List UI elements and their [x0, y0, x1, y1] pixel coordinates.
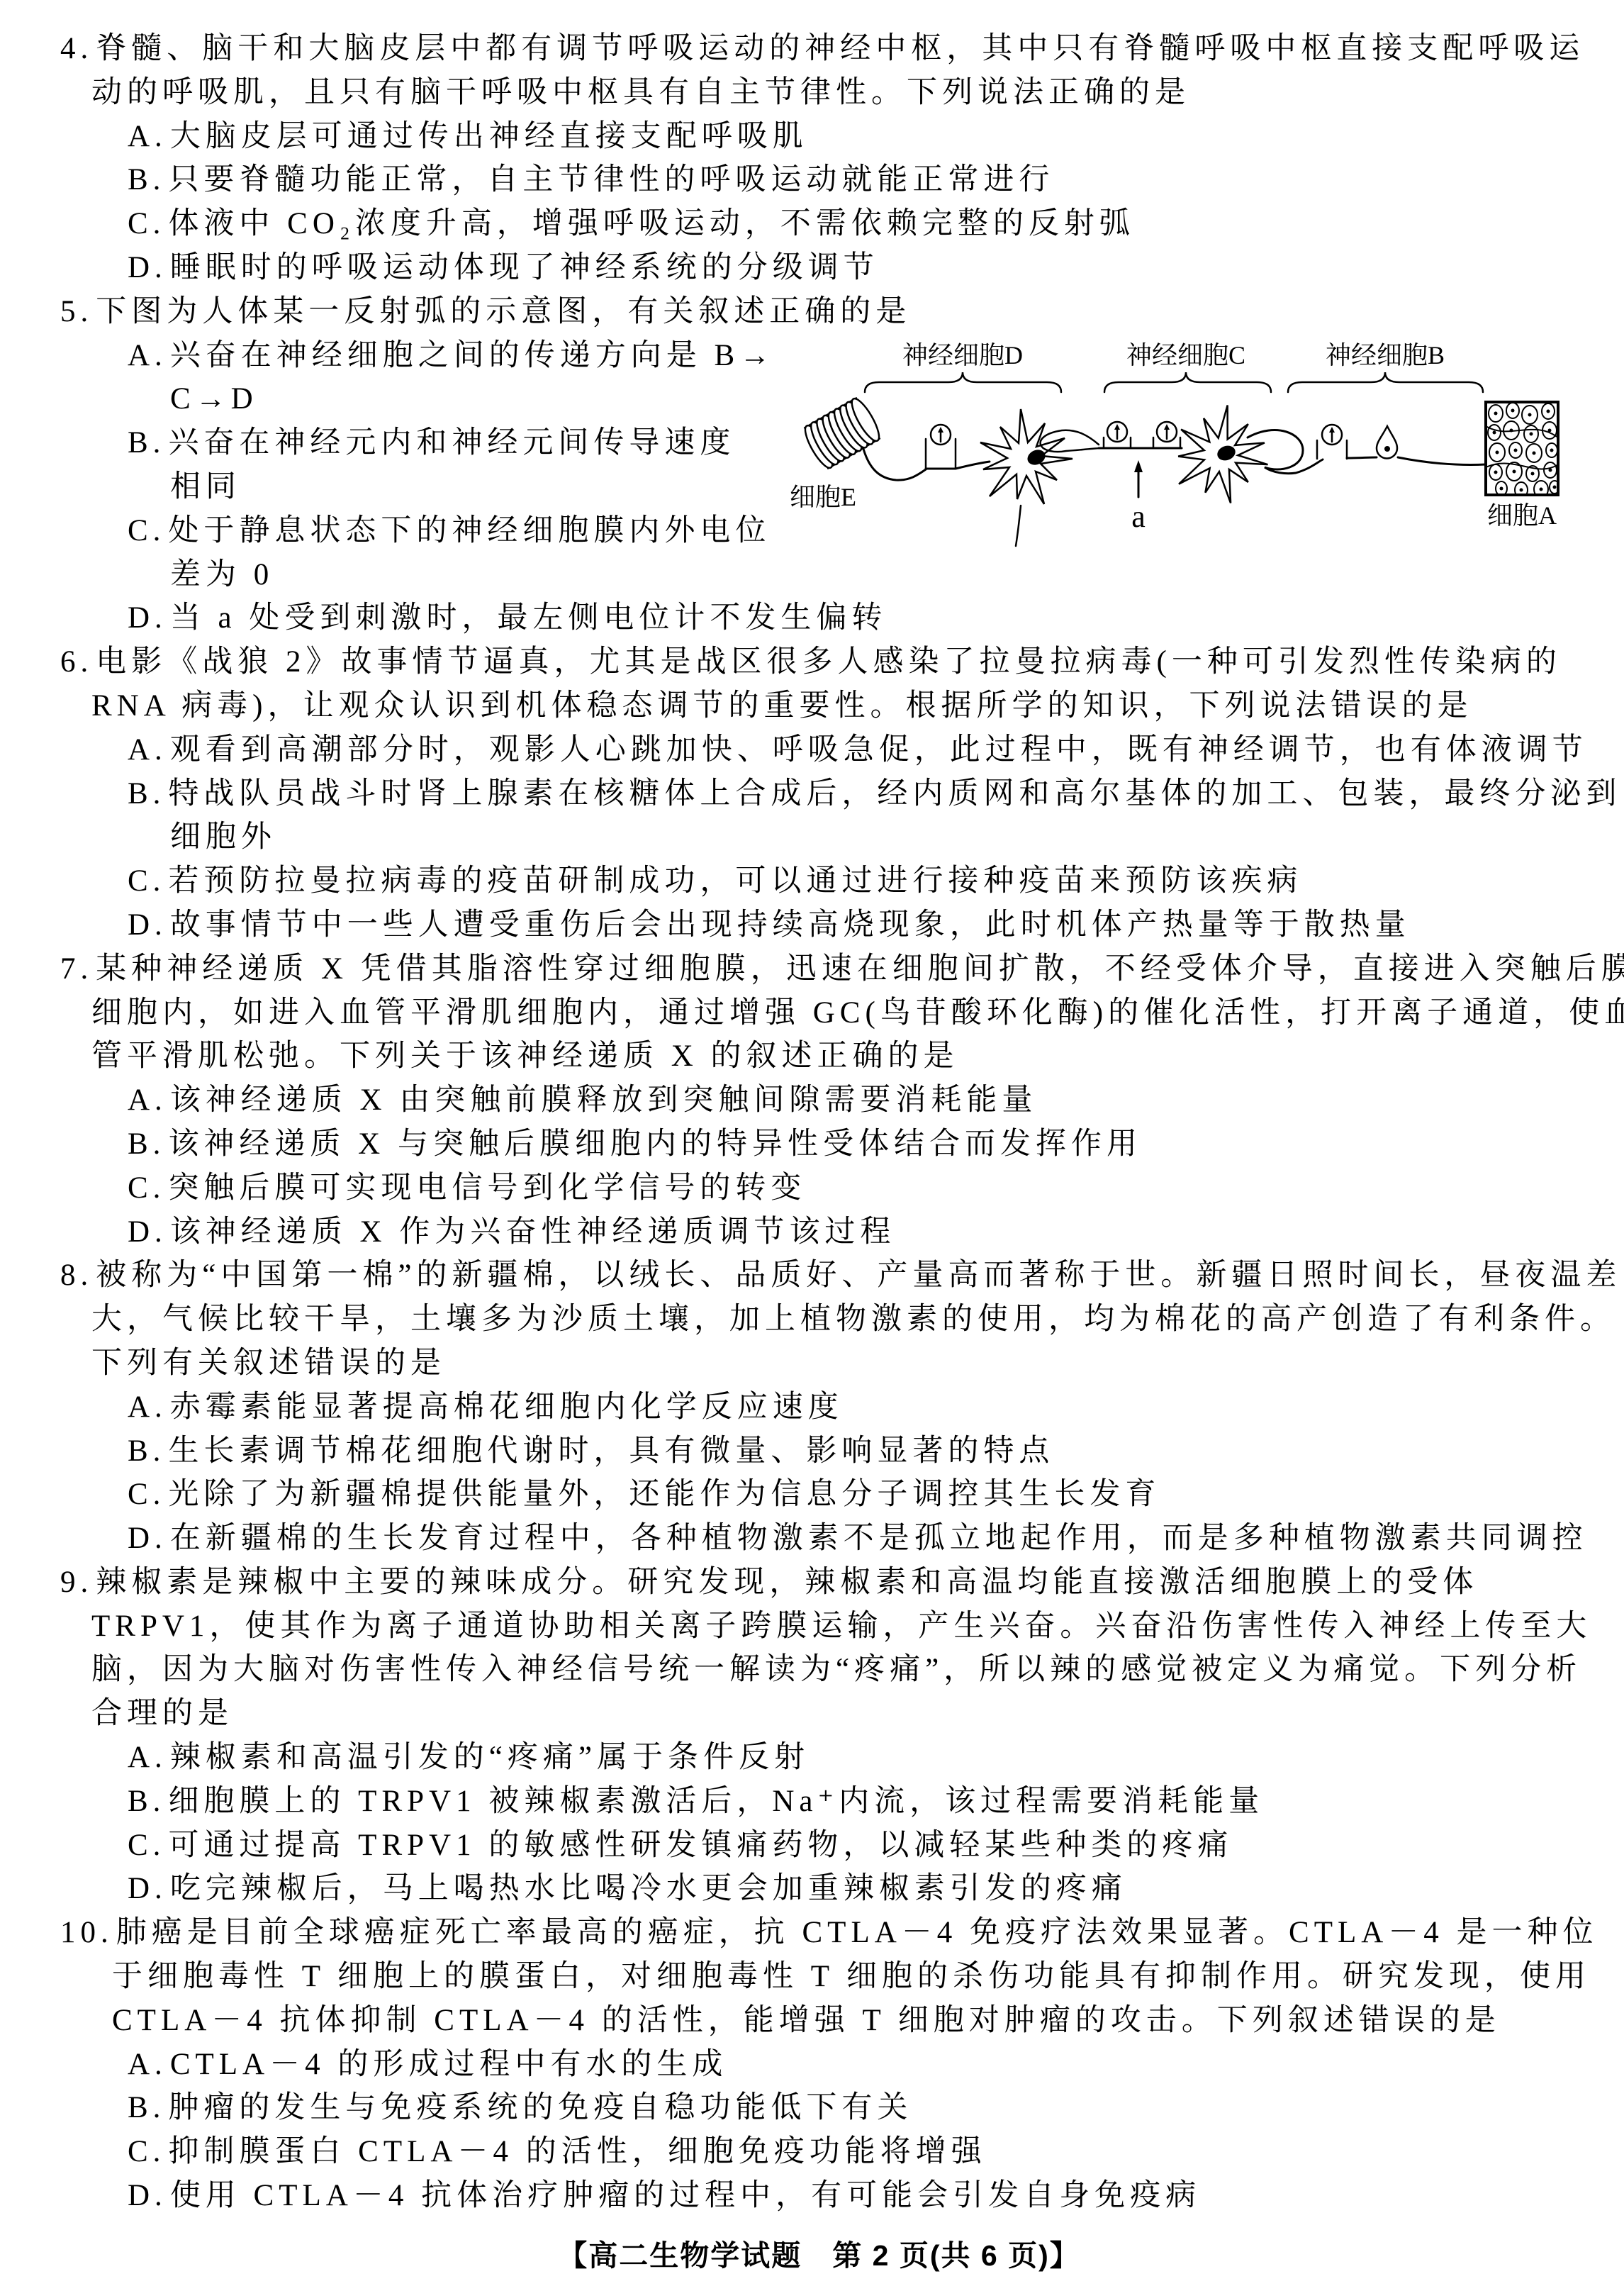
option-text: 相同 — [170, 470, 241, 503]
brace-neuron-b — [1288, 372, 1483, 392]
option-text: 兴奋在神经元内和神经元间传导速度 — [168, 426, 735, 459]
option-text: 兴奋在神经细胞之间的传递方向是 B→ — [170, 339, 775, 372]
option-label: B. — [128, 1785, 165, 1818]
question-stem-text: 合理的是 — [91, 1697, 233, 1730]
option-text: CTLA－4 的形成过程中有水的生成 — [170, 2048, 728, 2081]
option-text: 该神经递质 X 作为兴奋性神经递质调节该过程 — [170, 1215, 896, 1249]
question-stem-text: 脑，因为大脑对伤害性传入神经信号统一解读为“疼痛”，所以辣的感觉被定义为痛觉。下… — [91, 1653, 1581, 1686]
option-label: A. — [128, 2048, 167, 2081]
diagram-label-cell-e: 细胞E — [790, 483, 856, 511]
muscle-cell-e — [800, 396, 883, 472]
question-stem-text: 肺癌是目前全球癌症死亡率最高的癌症，抗 CTLA－4 免疫疗法效果显著。CTLA… — [116, 1916, 1598, 1949]
question-number: 8. — [60, 1259, 93, 1292]
diagram-label-neuron-d: 神经细胞D — [902, 341, 1023, 369]
voltmeter-icon — [926, 425, 956, 469]
option-text: 抑制膜蛋白 CTLA－4 的活性，细胞免疫功能将增强 — [168, 2135, 986, 2168]
option-line: A.CTLA－4 的形成过程中有水的生成 — [0, 2043, 1624, 2087]
option-line: B.只要脊髓功能正常，自主节律性的呼吸运动就能正常进行 — [0, 158, 1624, 202]
voltmeter-icon — [1317, 425, 1347, 459]
question-stem-text: CTLA－4 抗体抑制 CTLA－4 的活性，能增强 T 细胞对肿瘤的攻击。下列… — [112, 2004, 1501, 2037]
option-line: D.睡眠时的呼吸运动体现了神经系统的分级调节 — [0, 246, 1624, 290]
question-stem-text: RNA 病毒)，让观众认识到机体稳态调节的重要性。根据所学的知识，下列说法错误的… — [91, 689, 1472, 723]
voltmeter-icon — [1104, 422, 1131, 448]
question-stem-line: 10.肺癌是目前全球癌症死亡率最高的癌症，抗 CTLA－4 免疫疗法效果显著。C… — [0, 1911, 1624, 1955]
option-text: 故事情节中一些人遭受重伤后会出现持续高烧现象，此时机体产热量等于散热量 — [170, 908, 1411, 942]
question-stem-text: 动的呼吸肌，且只有脑干呼吸中枢具有自主节律性。下列说法正确的是 — [91, 76, 1190, 109]
brace-neuron-c — [1104, 372, 1271, 392]
option-line: A.观看到高潮部分时，观影人心跳加快、呼吸急促，此过程中，既有神经调节，也有体液… — [0, 728, 1624, 772]
question-stem-line: 6.电影《战狼 2》故事情节逼真，尤其是战区很多人感染了拉曼拉病毒(一种可引发烈… — [0, 640, 1624, 684]
option-line: B.生长素调节棉花细胞代谢时，具有微量、影响显著的特点 — [0, 1429, 1624, 1473]
option-text: 突触后膜可实现电信号到化学信号的转变 — [168, 1171, 806, 1205]
option-text: 当 a 处受到刺激时，最左侧电位计不发生偏转 — [170, 601, 887, 635]
page-footer: 【高二生物学试题 第 2 页(共 6 页)】 — [60, 2232, 1578, 2274]
option-line: D.使用 CTLA－4 抗体治疗肿瘤的过程中，有可能会引发自身免疫病 — [0, 2174, 1624, 2218]
option-line: C.光除了为新疆棉提供能量外，还能作为信息分子调控其生长发育 — [0, 1473, 1624, 1517]
option-text: 该神经递质 X 与突触后膜细胞内的特异性受体结合而发挥作用 — [168, 1127, 1142, 1161]
option-line: C.抑制膜蛋白 CTLA－4 的活性，细胞免疫功能将增强 — [0, 2130, 1624, 2174]
option-label: A. — [128, 1741, 167, 1774]
question-stem-line: 8.被称为“中国第一棉”的新疆棉，以绒长、品质好、产量高而著称于世。新疆日照时间… — [0, 1254, 1624, 1298]
question-stem-line: 脑，因为大脑对伤害性传入神经信号统一解读为“疼痛”，所以辣的感觉被定义为痛觉。下… — [0, 1648, 1624, 1692]
question-number: 7. — [60, 952, 93, 986]
option-label: B. — [128, 1434, 165, 1468]
option-label: D. — [128, 908, 167, 942]
option-label: C. — [128, 207, 165, 240]
voltmeter-icon — [1153, 422, 1180, 448]
diagram-label-neuron-c: 神经细胞C — [1126, 341, 1245, 369]
axon-e-to-d — [863, 449, 926, 480]
cell-body-b — [1377, 426, 1397, 459]
option-label: B. — [128, 1127, 165, 1161]
question-stem-text: 脊髓、脑干和大脑皮层中都有调节呼吸运动的神经中枢，其中只有脊髓呼吸中枢直接支配呼… — [96, 32, 1584, 65]
option-text: 生长素调节棉花细胞代谢时，具有微量、影响显著的特点 — [168, 1434, 1054, 1468]
question-stem-line: TRPV1，使其作为离子通道协助相关离子跨膜运输，产生兴奋。兴奋沿伤害性传入神经… — [0, 1605, 1624, 1649]
option-line: B.特战队员战斗时肾上腺素在核糖体上合成后，经内质网和高尔基体的加工、包装，最终… — [0, 772, 1624, 816]
stimulus-arrow-icon — [1134, 460, 1143, 497]
exam-paper-page: 4.脊髓、脑干和大脑皮层中都有调节呼吸运动的神经中枢，其中只有脊髓呼吸中枢直接支… — [0, 0, 1624, 2286]
option-label: B. — [128, 777, 165, 810]
option-label: B. — [128, 163, 165, 196]
option-text: 赤霉素能显著提高棉花细胞内化学反应速度 — [170, 1390, 844, 1424]
cell-a-tissue — [1486, 402, 1559, 498]
option-text: 可通过提高 TRPV1 的敏感性研发镇痛药物，以减轻某些种类的疼痛 — [168, 1829, 1233, 1862]
question-stem-text: TRPV1，使其作为离子通道协助相关离子跨膜运输，产生兴奋。兴奋沿伤害性传入神经… — [91, 1610, 1591, 1643]
option-label: C. — [128, 864, 165, 898]
option-label: C. — [128, 514, 165, 547]
question-number: 10. — [60, 1916, 113, 1949]
option-line: C.若预防拉曼拉病毒的疫苗研制成功，可以通过进行接种疫苗来预防该疾病 — [0, 859, 1624, 903]
question-stem-text: 被称为“中国第一棉”的新疆棉，以绒长、品质好、产量高而著称于世。新疆日照时间长，… — [96, 1259, 1621, 1292]
question-stem-text: 辣椒素是辣椒中主要的辣味成分。研究发现，辣椒素和高温均能直接激活细胞膜上的受体 — [96, 1566, 1478, 1599]
option-text: 该神经递质 X 由突触前膜释放到突触间隙需要消耗能量 — [170, 1083, 1038, 1117]
axon-b — [1347, 457, 1377, 458]
option-label: D. — [128, 1522, 167, 1555]
option-label: C. — [128, 1829, 165, 1862]
option-line: D.在新疆棉的生长发育过程中，各种植物激素不是孤立地起作用，而是多种植物激素共同… — [0, 1517, 1624, 1561]
question-stem-text: 管平滑肌松弛。下列关于该神经递质 X 的叙述正确的是 — [91, 1039, 959, 1073]
question-stem-line: 大，气候比较干旱，土壤多为沙质土壤，加上植物激素的使用，均为棉花的高产创造了有利… — [0, 1298, 1624, 1342]
option-label: A. — [128, 339, 167, 372]
axon-c-loop — [1248, 430, 1323, 474]
option-text: 肿瘤的发生与免疫系统的免疫自稳功能低下有关 — [168, 2091, 912, 2124]
option-text: 辣椒素和高温引发的“疼痛”属于条件反射 — [170, 1741, 810, 1774]
option-text: 使用 CTLA－4 抗体治疗肿瘤的过程中，有可能会引发自身免疫病 — [170, 2179, 1201, 2212]
option-text: 特战队员战斗时肾上腺素在核糖体上合成后，经内质网和高尔基体的加工、包装，最终分泌… — [168, 777, 1621, 810]
option-text: 睡眠时的呼吸运动体现了神经系统的分级调节 — [170, 251, 879, 284]
option-label: B. — [128, 426, 165, 459]
neuron-d-dendrite — [1016, 506, 1021, 546]
question-stem-line: 于细胞毒性 T 细胞上的膜蛋白，对细胞毒性 T 细胞的杀伤功能具有抑制作用。研究… — [0, 1955, 1624, 1999]
option-line: C.体液中 CO₂浓度升高，增强呼吸运动，不需依赖完整的反射弧 — [0, 202, 1624, 246]
question-stem-text: 细胞内，如进入血管平滑肌细胞内，通过增强 GC(鸟苷酸环化酶)的催化活性，打开离… — [91, 996, 1624, 1030]
option-label: D. — [128, 1872, 167, 1905]
option-text: 细胞膜上的 TRPV1 被辣椒素激活后，Na⁺内流，该过程需要消耗能量 — [168, 1785, 1264, 1818]
option-text: 体液中 CO₂浓度升高，增强呼吸运动，不需依赖完整的反射弧 — [168, 207, 1134, 240]
question-number: 4. — [60, 32, 93, 65]
option-line: C.突触后膜可实现电信号到化学信号的转变 — [0, 1166, 1624, 1210]
option-line: A.该神经递质 X 由突触前膜释放到突触间隙需要消耗能量 — [0, 1078, 1624, 1122]
question-stem-line: CTLA－4 抗体抑制 CTLA－4 的活性，能增强 T 细胞对肿瘤的攻击。下列… — [0, 1999, 1624, 2043]
option-line: C.可通过提高 TRPV1 的敏感性研发镇痛药物，以减轻某些种类的疼痛 — [0, 1824, 1624, 1868]
option-label: D. — [128, 1215, 167, 1249]
question-stem-text: 某种神经递质 X 凭借其脂溶性穿过细胞膜，迅速在细胞间扩散，不经受体介导，直接进… — [96, 952, 1624, 986]
diagram-label-stimulus-a: a — [1131, 499, 1146, 534]
question-stem-line: 7.某种神经递质 X 凭借其脂溶性穿过细胞膜，迅速在细胞间扩散，不经受体介导，直… — [0, 947, 1624, 991]
option-line: B.该神经递质 X 与突触后膜细胞内的特异性受体结合而发挥作用 — [0, 1122, 1624, 1166]
option-line: D.该神经递质 X 作为兴奋性神经递质调节该过程 — [0, 1210, 1624, 1254]
option-text: 处于静息状态下的神经细胞膜内外电位 — [168, 514, 771, 547]
cell-body-b-nucleus — [1384, 446, 1390, 452]
question-stem-line: 合理的是 — [0, 1692, 1624, 1736]
option-text: 观看到高潮部分时，观影人心跳加快、呼吸急促，此过程中，既有神经调节，也有体液调节 — [170, 733, 1588, 766]
option-text: 只要脊髓功能正常，自主节律性的呼吸运动就能正常进行 — [168, 163, 1054, 196]
option-line: 细胞外 — [0, 815, 1624, 859]
question-stem-line: 4.脊髓、脑干和大脑皮层中都有调节呼吸运动的神经中枢，其中只有脊髓呼吸中枢直接支… — [0, 27, 1624, 71]
option-line: B.肿瘤的发生与免疫系统的免疫自稳功能低下有关 — [0, 2086, 1624, 2130]
question-stem-line: RNA 病毒)，让观众认识到机体稳态调节的重要性。根据所学的知识，下列说法错误的… — [0, 684, 1624, 728]
option-label: B. — [128, 2091, 165, 2124]
option-line: D.吃完辣椒后，马上喝热水比喝冷水更会加重辣椒素引发的疼痛 — [0, 1867, 1624, 1911]
reflex-arc-diagram: 神经细胞D 神经细胞C 神经细胞B 细胞E 细胞A a — [780, 323, 1624, 574]
option-line: D.故事情节中一些人遭受重伤后会出现持续高烧现象，此时机体产热量等于散热量 — [0, 903, 1624, 947]
neuron-d-body — [980, 409, 1073, 504]
question-stem-text: 大，气候比较干旱，土壤多为沙质土壤，加上植物激素的使用，均为棉花的高产创造了有利… — [91, 1303, 1615, 1336]
option-label: A. — [128, 1390, 167, 1424]
axon-under-meter1 — [926, 462, 990, 469]
option-text: C→D — [170, 382, 258, 416]
question-stem-text: 下列有关叙述错误的是 — [91, 1346, 446, 1380]
option-text: 大脑皮层可通过传出神经直接支配呼吸肌 — [170, 120, 808, 153]
question-stem-line: 动的呼吸肌，且只有脑干呼吸中枢具有自主节律性。下列说法正确的是 — [0, 71, 1624, 115]
option-text: 吃完辣椒后，马上喝热水比喝冷水更会加重辣椒素引发的疼痛 — [170, 1872, 1127, 1905]
option-label: C. — [128, 1478, 165, 1511]
option-line: A.辣椒素和高温引发的“疼痛”属于条件反射 — [0, 1736, 1624, 1780]
option-label: D. — [128, 2179, 167, 2212]
brace-neuron-d — [865, 372, 1061, 392]
diagram-label-neuron-b: 神经细胞B — [1326, 341, 1445, 369]
question-stem-text: 电影《战狼 2》故事情节逼真，尤其是战区很多人感染了拉曼拉病毒(一种可引发烈性传… — [96, 645, 1562, 679]
option-line: B.细胞膜上的 TRPV1 被辣椒素激活后，Na⁺内流，该过程需要消耗能量 — [0, 1780, 1624, 1824]
option-label: C. — [128, 2135, 165, 2168]
question-number: 5. — [60, 295, 93, 328]
option-label: A. — [128, 733, 167, 766]
option-label: D. — [128, 251, 167, 284]
option-text: 细胞外 — [170, 820, 276, 854]
option-text: 若预防拉曼拉病毒的疫苗研制成功，可以通过进行接种疫苗来预防该疾病 — [168, 864, 1302, 898]
option-text: 在新疆棉的生长发育过程中，各种植物激素不是孤立地起作用，而是多种植物激素共同调控 — [170, 1522, 1588, 1555]
option-label: D. — [128, 601, 167, 635]
question-stem-text: 于细胞毒性 T 细胞上的膜蛋白，对细胞毒性 T 细胞的杀伤功能具有抑制作用。研究… — [112, 1960, 1591, 1993]
option-label: A. — [128, 1083, 167, 1117]
question-stem-line: 管平滑肌松弛。下列关于该神经递质 X 的叙述正确的是 — [0, 1035, 1624, 1078]
question-number: 9. — [60, 1566, 93, 1599]
option-label: C. — [128, 1171, 165, 1205]
option-text: 光除了为新疆棉提供能量外，还能作为信息分子调控其生长发育 — [168, 1478, 1160, 1511]
option-line: A.赤霉素能显著提高棉花细胞内化学反应速度 — [0, 1385, 1624, 1429]
question-number: 6. — [60, 645, 93, 679]
option-label: A. — [128, 120, 167, 153]
option-line: D.当 a 处受到刺激时，最左侧电位计不发生偏转 — [0, 596, 1624, 640]
question-stem-line: 9.辣椒素是辣椒中主要的辣味成分。研究发现，辣椒素和高温均能直接激活细胞膜上的受… — [0, 1561, 1624, 1605]
diagram-label-cell-a: 细胞A — [1487, 501, 1557, 530]
axon-b-to-a — [1398, 457, 1486, 465]
option-text: 差为 0 — [170, 558, 274, 591]
question-stem-line: 细胞内，如进入血管平滑肌细胞内，通过增强 GC(鸟苷酸环化酶)的催化活性，打开离… — [0, 991, 1624, 1035]
option-line: A.大脑皮层可通过传出神经直接支配呼吸肌 — [0, 115, 1624, 159]
question-stem-line: 下列有关叙述错误的是 — [0, 1342, 1624, 1385]
